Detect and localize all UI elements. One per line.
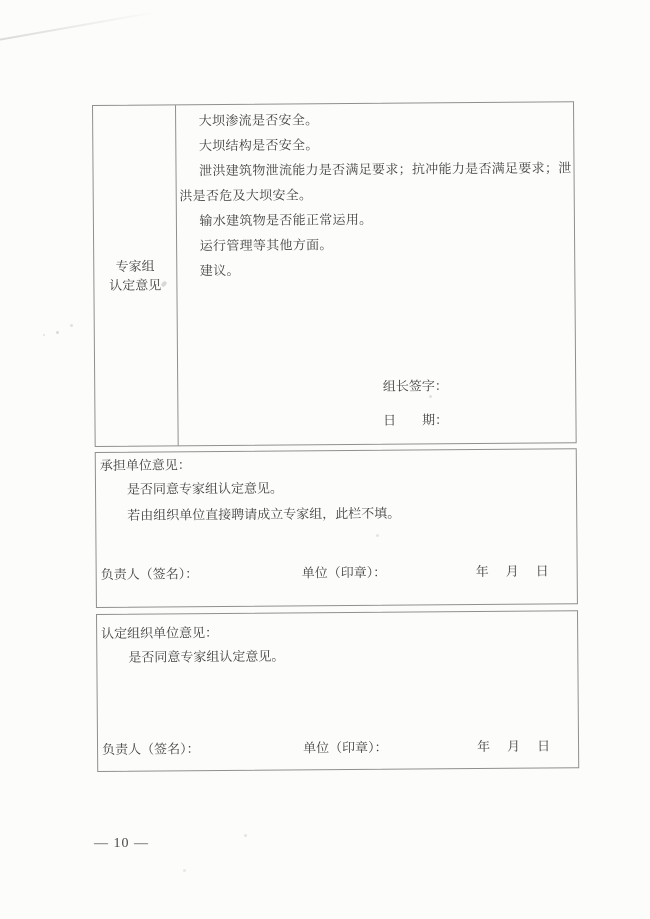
organizing-signature-row: 负责人（签名）： 单位（印章）： 年 月 日 <box>98 735 578 759</box>
scan-speck <box>56 331 59 334</box>
expert-opinion-content-cell: 大坝渗流是否安全。 大坝结构是否安全。 泄洪建筑物泄流能力是否满足要求；抗冲能力… <box>176 102 576 445</box>
undertaking-unit-line: 是否同意专家组认定意见。 <box>100 473 572 503</box>
year-month-day-label: 年 月 日 <box>476 560 551 580</box>
row-header-text-line1: 专家组 <box>115 257 154 276</box>
undertaking-signature-row: 负责人（签名）： 单位（印章）： 年 月 日 <box>97 560 577 584</box>
expert-opinion-line: 大坝结构是否安全。 <box>179 130 572 158</box>
undertaking-unit-section: 承担单位意见： 是否同意专家组认定意见。 若由组织单位直接聘请成立专家组，此栏不… <box>95 448 578 608</box>
expert-opinion-row-header: 专家组 认定意见 <box>93 105 178 446</box>
scan-speck <box>70 324 73 327</box>
scanned-page: 专家组 认定意见 大坝渗流是否安全。 大坝结构是否安全。 泄洪建筑物泄流能力是否… <box>0 0 650 919</box>
scan-speck <box>183 869 186 872</box>
year-month-day-label: 年 月 日 <box>477 735 552 755</box>
expert-date-label: 日 期： <box>383 409 448 429</box>
unit-seal-label: 单位（印章）： <box>303 737 388 757</box>
expert-opinion-line: 输水建筑物是否能正常运用。 <box>179 205 572 233</box>
responsible-person-label: 负责人（签名）： <box>102 738 200 758</box>
organizing-unit-section: 认定组织单位意见： 是否同意专家组认定意见。 负责人（签名）： 单位（印章）： … <box>96 610 579 772</box>
scan-streak-artifact <box>0 11 158 42</box>
row-header-text-line2: 认定意见 <box>109 275 161 294</box>
expert-opinion-section: 专家组 认定意见 大坝渗流是否安全。 大坝结构是否安全。 泄洪建筑物泄流能力是否… <box>92 101 577 447</box>
leader-signature-label: 组长签字： <box>383 375 448 395</box>
expert-opinion-line: 大坝渗流是否安全。 <box>179 105 572 133</box>
expert-opinion-line: 泄洪建筑物泄流能力是否满足要求；抗冲能力是否满足要求；泄 <box>179 155 572 183</box>
scan-speck <box>244 834 247 837</box>
scan-speck <box>43 334 45 336</box>
page-number: — 10 — <box>94 836 149 852</box>
expert-opinion-line: 运行管理等其他方面。 <box>180 230 573 258</box>
organizing-unit-line: 是否同意专家组认定意见。 <box>101 641 573 671</box>
responsible-person-label: 负责人（签名）： <box>101 563 199 583</box>
expert-opinion-line: 洪是否危及大坝安全。 <box>179 180 572 208</box>
expert-opinion-line: 建议。 <box>180 255 573 283</box>
assessment-form-table: 专家组 认定意见 大坝渗流是否安全。 大坝结构是否安全。 泄洪建筑物泄流能力是否… <box>92 101 579 772</box>
undertaking-unit-line: 若由组织单位直接聘请成立专家组，此栏不填。 <box>100 499 572 529</box>
unit-seal-label: 单位（印章）： <box>302 562 387 582</box>
